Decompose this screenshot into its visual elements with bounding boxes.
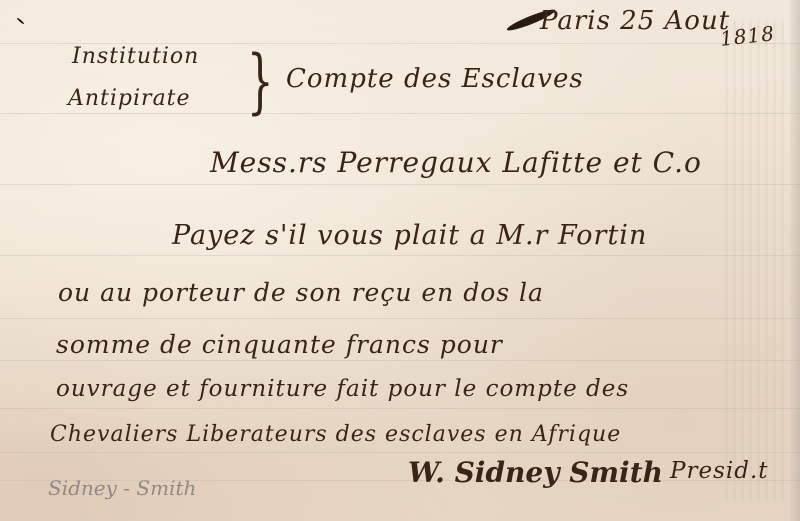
institution-line-2: Antipirate: [68, 86, 191, 111]
body-line-4: ouvrage et fourniture fait pour le compt…: [56, 376, 629, 402]
printed-text-bleed-through: [725, 20, 785, 500]
ruled-line: [0, 113, 800, 114]
paper-edge: [790, 0, 800, 521]
body-line-5: Chevaliers Liberateurs des esclaves en A…: [50, 422, 621, 447]
signature-title: Presid.t: [670, 458, 769, 484]
ruled-line: [0, 408, 800, 409]
body-line-3: somme de cinquante francs pour: [56, 330, 503, 359]
signature: W. Sidney Smith: [408, 456, 663, 489]
ruled-line: [0, 318, 800, 319]
body-line-1: Payez s'il vous plait a M.r Fortin: [172, 220, 647, 251]
ruled-line: [0, 255, 800, 256]
place-date: Paris 25 Aout: [540, 6, 730, 36]
body-line-2: ou au porteur de son reçu en dos la: [58, 278, 544, 307]
ruled-line: [0, 452, 800, 453]
addressee: Mess.rs Perregaux Lafitte et C.o: [210, 146, 702, 179]
institution-line-1: Institution: [72, 44, 199, 69]
account-title: Compte des Esclaves: [286, 64, 584, 94]
curly-brace: }: [247, 46, 274, 116]
ruled-line: [0, 360, 800, 361]
pencil-annotation: Sidney - Smith: [48, 476, 196, 500]
ruled-line: [0, 184, 800, 185]
